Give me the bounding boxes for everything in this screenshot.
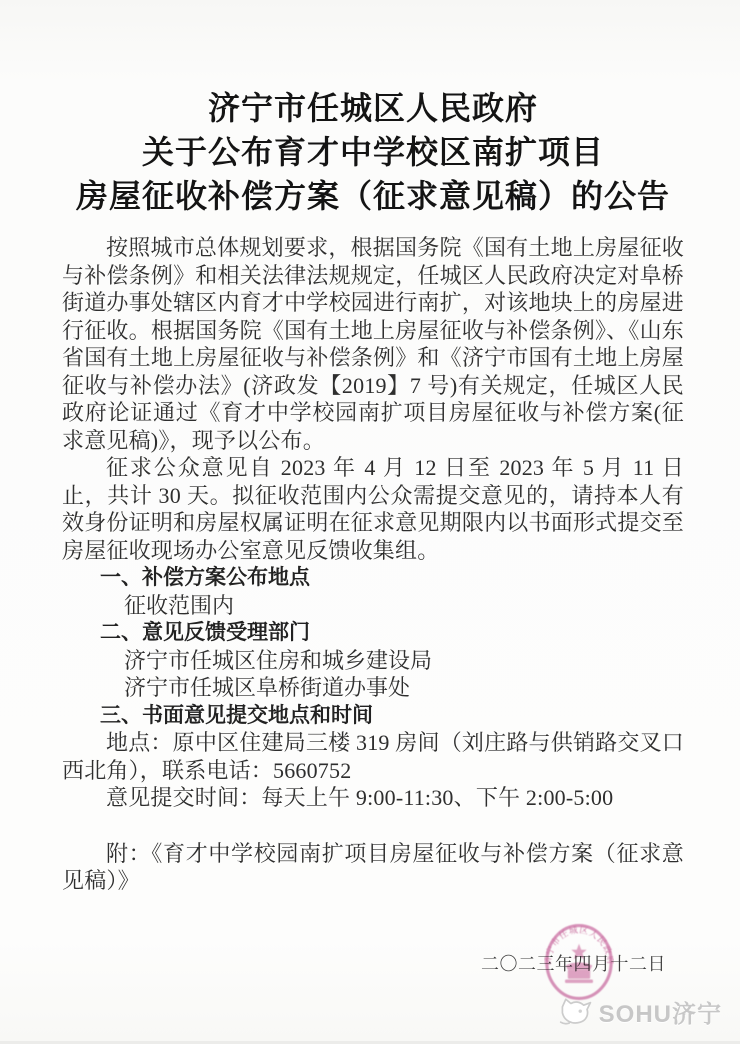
section-item: 济宁市任城区住房和城乡建设局: [62, 647, 684, 675]
notice-content: 济宁市任城区人民政府 关于公布育才中学校区南扩项目 房屋征收补偿方案（征求意见稿…: [62, 86, 684, 895]
body-paragraph-2: 征求公众意见自 2023 年 4 月 12 日至 2023 年 5 月 11 日…: [62, 454, 684, 564]
section-announce-location: 一、补偿方案公布地点 征收范围内: [62, 564, 684, 619]
title-line-1: 济宁市任城区人民政府: [62, 86, 684, 130]
section-submission-place-time: 三、书面意见提交地点和时间 地点：原中区住建局三楼 319 房间（刘庄路与供销路…: [62, 702, 684, 812]
government-seal-icon: 济宁市任城区人民政府: [544, 922, 614, 1002]
section-feedback-departments: 二、意见反馈受理部门 济宁市任城区住房和城乡建设局 济宁市任城区阜桥街道办事处: [62, 619, 684, 702]
notice-title: 济宁市任城区人民政府 关于公布育才中学校区南扩项目 房屋征收补偿方案（征求意见稿…: [62, 86, 684, 218]
section-heading-1: 一、补偿方案公布地点: [62, 564, 684, 592]
national-emblem-icon: [565, 944, 593, 983]
section-item: 征收范围内: [62, 592, 684, 620]
submission-time-line: 意见提交时间：每天上午 9:00-11:30、下午 2:00-5:00: [62, 784, 684, 812]
watermark-label: SOHU济宁: [599, 994, 722, 1029]
section-heading-2: 二、意见反馈受理部门: [62, 619, 684, 647]
attachment-line: 附：《育才中学校园南扩项目房屋征收与补偿方案（征求意见稿）》: [62, 840, 684, 895]
document-page: 济宁市任城区人民政府 关于公布育才中学校区南扩项目 房屋征收补偿方案（征求意见稿…: [0, 0, 740, 1044]
title-line-2: 关于公布育才中学校区南扩项目: [62, 130, 684, 174]
section-item: 济宁市任城区阜桥街道办事处: [62, 674, 684, 702]
section-heading-3: 三、书面意见提交地点和时间: [62, 702, 684, 730]
body-paragraph-1: 按照城市总体规划要求，根据国务院《国有土地上房屋征收与补偿条例》和相关法律法规规…: [62, 234, 684, 454]
submission-location-line: 地点：原中区住建局三楼 319 房间（刘庄路与供销路交叉口西北角），联系电话：5…: [62, 729, 684, 784]
title-line-3: 房屋征收补偿方案（征求意见稿）的公告: [62, 174, 684, 218]
